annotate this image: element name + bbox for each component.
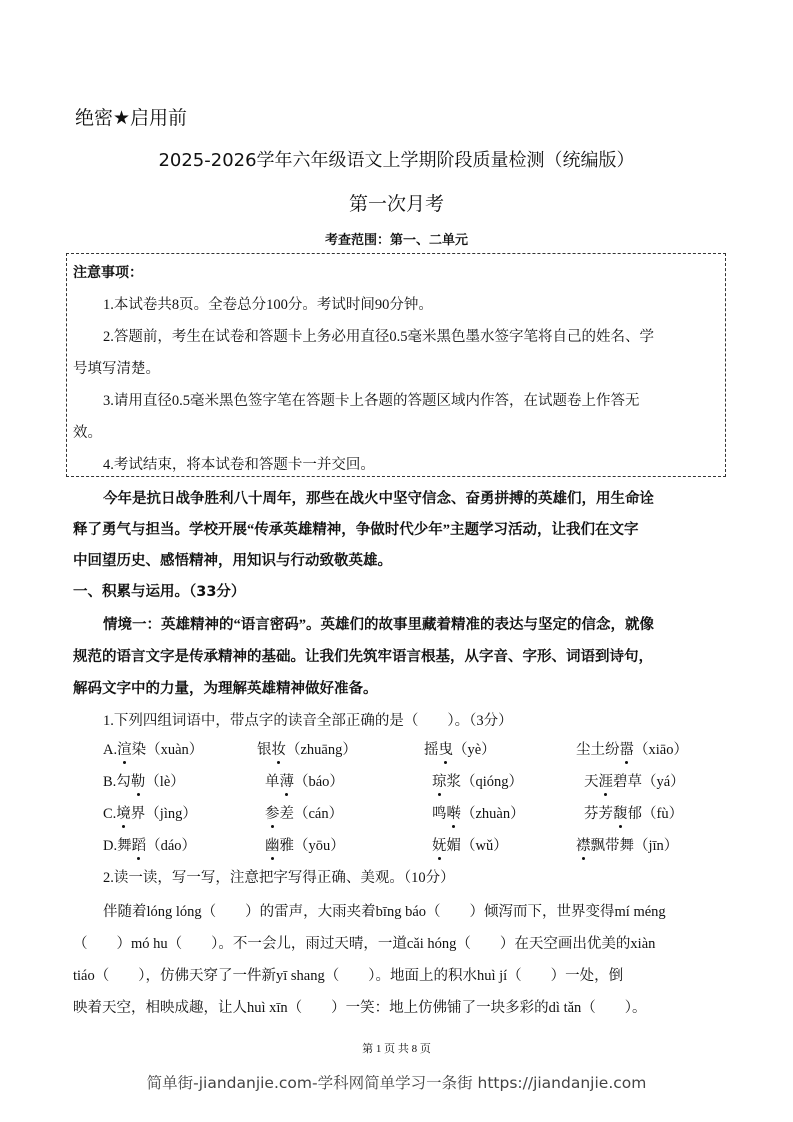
dotted-char: 蹈 [132,834,147,855]
option-c-item-4: 芬芳馥郁（fù） [584,802,683,823]
word-pre: 摇 [424,742,439,758]
exam-scope: 考查范围：第一、二单元 [0,229,793,248]
option-d-item-2: 幽雅（yōu） [265,834,345,855]
notice-line: 2.答题前，考生在试卷和答题卡上务必用直径0.5毫米黑色墨水签字笔将自己的姓名、… [103,325,654,346]
notice-line: 3.请用直径0.5毫米黑色签字笔在答题卡上各题的答题区域内作答，在试题卷上作答无 [103,389,640,410]
word-post: （yè） [453,742,496,758]
option-label: A. [103,742,117,758]
word-pre: 单 [265,774,280,790]
question-2-line: （ ）mó hu（ ）。不一会儿，雨过天晴，一道cǎi hóng（ ）在天空画出… [73,932,655,953]
scenario-line: 情境一：英雄精神的“语言密码”。英雄们的故事里藏着精准的表达与坚定的信念，就像 [103,613,654,634]
dotted-char: 曳 [439,738,454,759]
dotted-char: 馥 [613,802,628,823]
option-c-item-3: 鸣啭（zhuàn） [432,802,525,823]
question-2-stem: 2.读一读，写一写，注意把字写得正确、美观。（10分） [103,866,455,887]
page-number: 第 1 页 共 8 页 [0,1040,793,1056]
word-post: 浆（qióng） [447,774,524,790]
dotted-char: 境 [116,802,131,823]
option-a-item-3: 摇曳（yè） [424,738,496,759]
word-post: 界（jìng） [131,806,197,822]
word-post: （dáo） [146,838,196,854]
dotted-char: 渲 [117,738,132,759]
exam-title: 2025-2026学年六年级语文上学期阶段质量检测（统编版） [0,146,793,172]
dotted-char: 嚣 [620,738,635,759]
question-2-line: 伴随着lóng lóng（ ）的雷声，大雨夹着bīng báo（ ）倾泻而下，世… [103,900,666,921]
dotted-char: 薄 [280,770,295,791]
option-a-item-2: 银妆（zhuāng） [257,738,357,759]
dotted-char: 参 [265,802,280,823]
dotted-char: 幽 [265,834,280,855]
notice-line: 4.考试结束，将本试卷和答题卡一并交回。 [103,453,375,474]
word-pre: 芬芳 [584,806,613,822]
notice-line: 效。 [73,421,102,442]
word-pre: 银 [257,742,272,758]
word-post: （xiāo） [634,742,688,758]
word-post: 差（cán） [280,806,344,822]
watermark-text: 简单街-jiandanjie.com-学科网简单学习一条街 https://ji… [0,1071,793,1093]
option-d-item-3: 妩媚（wǔ） [432,834,508,855]
option-label: C. [103,806,116,822]
option-b-item-4: 天涯碧草（yá） [584,770,685,791]
word-pre: 尘土纷 [576,742,620,758]
section-heading: 一、积累与运用。（33分） [73,580,245,601]
notice-line: 号填写清楚。 [73,357,160,378]
word-post: 飘带舞（jīn） [591,838,679,854]
option-c-item-1: C.境界（jìng） [103,802,197,823]
scenario-line: 规范的语言文字是传承精神的基础。让我们先筑牢语言根基，从字音、字形、词语到诗句， [73,645,653,666]
confidential-label: 绝密★启用前 [75,103,187,130]
dotted-char: 勒 [131,770,146,791]
word-pre: 天 [584,774,599,790]
word-post: 碧草（yá） [613,774,685,790]
option-d-item-4: 襟飘带舞（jīn） [576,834,678,855]
scenario-line: 解码文字中的力量，为理解英雄精神做好准备。 [73,677,378,698]
dotted-char: 襟 [576,834,591,855]
notice-box [66,253,726,477]
notice-line: 1.本试卷共8页。全卷总分100分。考试时间90分钟。 [103,293,433,314]
question-2-line: tiáo（ ），仿佛天穿了一件新yī shang（ ）。地面上的积水huì jí… [73,964,623,985]
option-b-item-3: 琼浆（qióng） [432,770,523,791]
option-label: B. [103,774,116,790]
word-post: （lè） [145,774,184,790]
dotted-char: 琼 [432,770,447,791]
option-a-item-4: 尘土纷嚣（xiāo） [576,738,688,759]
word-pre: 鸣 [432,806,447,822]
word-post: （zhuàn） [461,806,525,822]
word-post: （zhuāng） [286,742,357,758]
intro-line: 中回望历史、感悟精神，用知识与行动致敬英雄。 [73,549,392,570]
option-label: D. [103,838,117,854]
word-post: （báo） [294,774,344,790]
option-b-item-2: 单薄（báo） [265,770,344,791]
word-post: 郁（fù） [628,806,684,822]
dotted-char: 妆 [272,738,287,759]
option-a-item-1: A.渲染（xuàn） [103,738,203,759]
word-post: 染（xuàn） [132,742,204,758]
word-pre: 舞 [117,838,132,854]
exam-subtitle: 第一次月考 [0,189,793,216]
question-2-line: 映着天空，相映成趣，让人huì xīn（ ）一笑：地上仿佛铺了一块多彩的dì t… [73,996,647,1017]
dotted-char: 啭 [447,802,462,823]
word-post: 雅（yōu） [280,838,345,854]
word-post: 媚（wǔ） [447,838,508,854]
notice-title: 注意事项： [73,262,143,282]
intro-line: 释了勇气与担当。学校开展“传承英雄精神，争做时代少年”主题学习活动，让我们在文字 [73,518,639,539]
dotted-char: 妩 [432,834,447,855]
option-d-item-1: D.舞蹈（dáo） [103,834,196,855]
option-b-item-1: B.勾勒（lè） [103,770,185,791]
dotted-char: 涯 [599,770,614,791]
question-1-stem: 1.下列四组词语中，带点字的读音全部正确的是（ ）。（3分） [103,709,513,730]
word-pre: 勾 [116,774,131,790]
intro-line: 今年是抗日战争胜利八十周年，那些在战火中坚守信念、奋勇拼搏的英雄们，用生命诠 [103,487,654,508]
option-c-item-2: 参差（cán） [265,802,343,823]
